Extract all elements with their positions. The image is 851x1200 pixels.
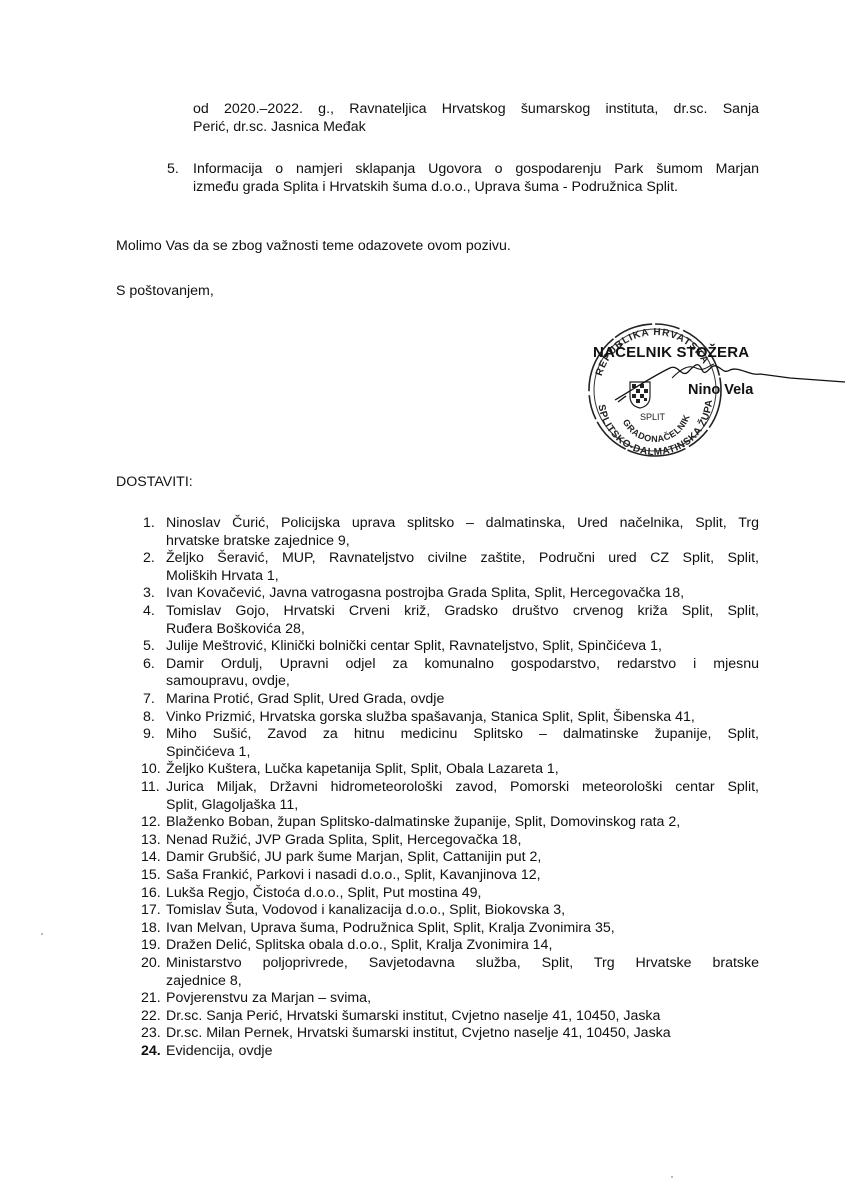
list-item-number: 10. <box>141 761 161 778</box>
official-stamp-signature: REPUBLIKA HRVATSKA SPLITSKO-DALMATINSKA … <box>560 320 850 470</box>
signatory-name: Nino Vela <box>688 382 753 398</box>
list-item-number: 21. <box>141 990 161 1007</box>
closing-salutation: S poštovanjem, <box>116 283 214 300</box>
list-item-text: Povjerenstvu za Marjan – svima, <box>166 990 371 1007</box>
list-item-number: 7. <box>143 691 155 708</box>
list-item-number: 22. <box>141 1008 161 1025</box>
list-item-number: 19. <box>141 937 161 954</box>
agenda-item-5-number: 5. <box>167 161 179 178</box>
list-item-text: Nenad Ružić, JVP Grada Splita, Split, He… <box>166 832 521 849</box>
list-item-text: Vinko Prizmić, Hrvatska gorska služba sp… <box>166 709 695 726</box>
list-item-number: 24. <box>141 1043 161 1060</box>
list-item-number: 23. <box>141 1025 161 1042</box>
list-item-text: Dražen Delić, Splitska obala d.o.o., Spl… <box>166 937 552 954</box>
list-item-text: Spinčićeva 1, <box>166 744 250 761</box>
list-item-text: Ruđera Boškovića 28, <box>166 621 305 638</box>
list-item-number: 18. <box>141 920 161 937</box>
list-item-number: 5. <box>143 638 155 655</box>
agenda-item-5-line2: između grada Splita i Hrvatskih šuma d.o… <box>193 179 678 196</box>
list-item-text: Željko Kuštera, Lučka kapetanija Split, … <box>166 761 559 778</box>
list-item-text: hrvatske bratske zajednice 9, <box>166 533 350 550</box>
list-item-number: 2. <box>143 550 155 567</box>
list-item-text: Moliških Hrvata 1, <box>166 568 279 585</box>
list-item-number: 12. <box>141 814 161 831</box>
list-item-number: 15. <box>141 867 161 884</box>
list-item-text: Ninoslav Čurić, Policijska uprava splits… <box>166 515 759 532</box>
list-item-text: Blaženko Boban, župan Splitsko-dalmatins… <box>166 814 680 831</box>
list-item-number: 16. <box>141 885 161 902</box>
closing-request: Molimo Vas da se zbog važnosti teme odaz… <box>116 238 511 255</box>
list-item-text: Split, Glagoljaška 11, <box>166 797 298 814</box>
list-item-number: 11. <box>141 779 160 796</box>
list-item-text: Miho Sušić, Zavod za hitnu medicinu Spli… <box>166 726 759 743</box>
scan-speck <box>41 933 43 935</box>
list-item-text: Lukša Regjo, Čistoća d.o.o., Split, Put … <box>166 885 481 902</box>
list-item-text: Tomislav Gojo, Hrvatski Crveni križ, Gra… <box>166 603 759 620</box>
list-item-number: 17. <box>141 902 161 919</box>
agenda-item-4-continuation-line2: Perić, dr.sc. Jasnica Međak <box>193 119 366 136</box>
list-item-text: Damir Ordulj, Upravni odjel za komunalno… <box>166 656 759 673</box>
list-item-text: Evidencija, ovdje <box>166 1043 272 1060</box>
list-item-text: Ministarstvo poljoprivrede, Savjetodavna… <box>166 955 759 972</box>
list-item-text: Ivan Kovačević, Javna vatrogasna postroj… <box>166 585 684 602</box>
list-item-text: Damir Grubšić, JU park šume Marjan, Spli… <box>166 849 541 866</box>
list-item-text: Jurica Miljak, Državni hidrometeorološki… <box>166 779 759 796</box>
list-item-number: 8. <box>143 709 155 726</box>
list-item-number: 9. <box>143 726 155 743</box>
list-item-text: Marina Protić, Grad Split, Ured Grada, o… <box>166 691 444 708</box>
list-item-text: Julije Meštrović, Klinički bolnički cent… <box>166 638 662 655</box>
agenda-item-4-continuation-line1: od 2020.–2022. g., Ravnateljica Hrvatsko… <box>193 101 759 118</box>
distribution-heading: DOSTAVITI: <box>116 474 193 491</box>
list-item-number: 3. <box>143 585 155 602</box>
list-item-text: Ivan Melvan, Uprava šuma, Podružnica Spl… <box>166 920 615 937</box>
list-item-text: Dr.sc. Sanja Perić, Hrvatski šumarski in… <box>166 1008 660 1025</box>
list-item-number: 13. <box>141 832 161 849</box>
list-item-number: 14. <box>141 849 161 866</box>
svg-text:SPLIT: SPLIT <box>640 412 666 422</box>
list-item-text: Dr.sc. Milan Pernek, Hrvatski šumarski i… <box>166 1025 671 1042</box>
scan-speck <box>671 1176 673 1178</box>
list-item-number: 20. <box>141 955 161 972</box>
signatory-title: NAČELNIK STOŽERA <box>593 344 749 361</box>
list-item-text: Tomislav Šuta, Vodovod i kanalizacija d.… <box>166 902 565 919</box>
list-item-number: 4. <box>143 603 155 620</box>
document-page: od 2020.–2022. g., Ravnateljica Hrvatsko… <box>0 0 851 1200</box>
list-item-number: 6. <box>143 656 155 673</box>
list-item-text: zajednice 8, <box>166 973 242 990</box>
list-item-text: Željko Šeravić, MUP, Ravnateljstvo civil… <box>166 550 759 567</box>
agenda-item-5-line1: Informacija o namjeri sklapanja Ugovora … <box>193 161 759 178</box>
list-item-text: samoupravu, ovdje, <box>166 673 290 690</box>
list-item-number: 1. <box>143 515 155 532</box>
list-item-text: Saša Frankić, Parkovi i nasadi d.o.o., S… <box>166 867 541 884</box>
